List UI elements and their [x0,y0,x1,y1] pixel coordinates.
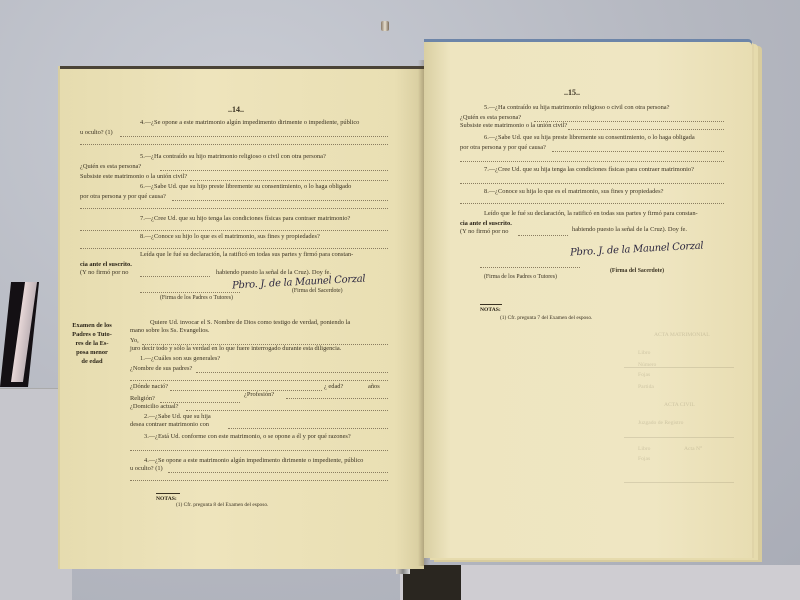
note-1: (1) Cfr. pregunta 8 del Examen del espos… [176,501,268,509]
q1-line4a: Religión? [130,395,155,403]
q1-line4b: ¿Profesión? [244,391,274,399]
right-page: ACTA MATRIMONIAL Libro Número Fojas Part… [424,42,752,558]
q6-line1: 6.—¿Sabe Ud. que su hija preste libremen… [484,134,695,142]
q1-line3a: ¿Dónde nació? [130,383,168,391]
bleed-through-rule [624,482,734,483]
q5-line3: Subsiste este matrimonio o la unión civi… [460,122,567,130]
page-number: ..14.. [228,105,244,114]
notes-rule [480,304,502,305]
bleed-through-text: ACTA CIVIL [664,402,695,408]
answer-line[interactable] [186,409,388,411]
notes-label: NOTAS: [480,306,501,314]
answer-line[interactable] [460,202,724,204]
q1-line3c: años [368,383,380,391]
note-1: (1) Cfr. pregunta 7 del Examen del espos… [500,314,592,322]
q7: 7.—¿Cree Ud. que su hija tenga las condi… [484,166,694,174]
q5-line2: ¿Quién es esta persona? [80,163,141,171]
caption-parents: (Firma de los Padres o Tutores) [160,295,233,301]
bleed-through-text: Juzgado de Registro [638,420,683,426]
closing-line1: Leída que le fué su declaración, la rati… [140,251,353,259]
answer-line[interactable] [120,135,388,137]
closing-line3a: (Y no firmó por no [460,228,508,236]
q4-line2: u oculto? (1) [80,129,113,137]
q6-line2: por otra persona y por qué causa? [460,144,546,152]
q6-line1: 6.—¿Sabe Ud. que su hijo preste libremen… [140,183,351,191]
pushpin [381,21,389,31]
bleed-through-text: Libro [638,350,650,356]
answer-line[interactable] [172,199,388,201]
answer-line[interactable] [552,150,724,152]
answer-line[interactable] [130,479,388,481]
q7: 7.—¿Cree Ud. que su hijo tenga las condi… [140,215,350,223]
q1-line5: ¿Domicilio actual? [130,403,178,411]
closing-line3b: habiendo puesto la señal de la Cruz). Do… [572,226,687,234]
q4-line1: 4.—¿Se opone a este matrimonio algún imp… [140,119,359,127]
answer-line[interactable] [130,449,388,451]
q3: 3.—¿Está Ud. conforme con este matrimoni… [144,433,351,441]
answer-line[interactable] [80,229,388,231]
answer-line[interactable] [228,427,388,429]
closing-line1: Leído que le fué su declaración, la rati… [484,210,698,218]
q1-line2: ¿Nombre de sus padres? [130,365,192,373]
q1-line1: 1.—¿Cuáles son sus generales? [140,355,220,363]
bleed-through-text: Acta N° [684,446,702,452]
q1-line3b: ¿ edad? [324,383,343,391]
q5-line2: ¿Quién es esta persona? [460,114,521,122]
oath-line3: Yo, [130,337,139,345]
q4b-line2: u oculto? (1) [130,465,163,473]
page-number: ..15.. [564,88,580,97]
answer-line[interactable] [518,234,568,236]
answer-line[interactable] [460,182,724,184]
answer-line[interactable] [168,471,388,473]
q5-line3: Subsiste este matrimonio o la unión civi… [80,173,187,181]
caption-priest: (Firma del Sacerdote) [610,268,664,274]
oath-line4: juro decir todo y sólo la verdad en lo q… [130,345,341,353]
q8: 8.—¿Conoce su hija lo que es el matrimon… [484,188,663,196]
caption-priest: (Firma del Sacerdote) [292,288,343,294]
q8: 8.—¿Conoce su hijo lo que es el matrimon… [140,233,320,241]
q6-line2: por otra persona y por qué causa? [80,193,166,201]
q4b-line1: 4.—¿Se opone a este matrimonio algún imp… [144,457,363,465]
answer-line[interactable] [80,143,388,145]
caption-parents: (Firma de los Padres o Tutores) [484,274,557,280]
answer-line[interactable] [196,371,388,373]
answer-line[interactable] [140,275,210,277]
q5-line1: 5.—¿Ha contraído su hija matrimonio reli… [484,104,669,112]
notes-label: NOTAS: [156,495,177,503]
bleed-through-rule [624,437,734,438]
bleed-through-text: Fojas [638,372,650,378]
answer-line[interactable] [460,160,724,162]
side-label: Examen de los Padres o Tuto- res de la E… [62,321,122,366]
bleed-through-text: Partida [638,384,654,390]
bleed-through-text: Libro [638,446,650,452]
parents-signature-line[interactable] [140,291,240,293]
answer-line[interactable] [190,179,388,181]
q2-line1: 2.—¿Sabe Ud. que su hija [144,413,211,421]
notes-rule [156,493,180,494]
answer-line[interactable] [80,207,388,209]
q5-line1: 5.—¿Ha contraído su hijo matrimonio reli… [140,153,326,161]
answer-line[interactable] [130,379,388,381]
parents-signature-line[interactable] [480,266,580,268]
closing-line3a: (Y no firmó por no [80,269,128,277]
answer-line[interactable] [80,247,388,249]
q2-line2: desea contraer matrimonio con [130,421,209,429]
closing-line2: cia ante el suscrito. [460,220,512,228]
bleed-through-rule [624,367,734,368]
bleed-through-text: ACTA MATRIMONIAL [654,332,710,338]
closing-line2: cia ante el suscrito. [80,261,132,269]
priest-signature: Pbro. J. de la Maunel Corzal [570,241,704,259]
oath-line1: Quiere Ud. invocar el S. Nombre de Dios … [150,319,350,327]
bleed-through-text: Fojas [638,456,650,462]
oath-line2: mano sobre los Ss. Evangelios. [130,327,210,335]
answer-line[interactable] [160,169,388,171]
book-spine [403,565,461,600]
answer-line[interactable] [568,128,724,130]
left-page: ..14.. 4.—¿Se opone a este matrimonio al… [60,66,424,569]
answer-line[interactable] [286,397,388,399]
